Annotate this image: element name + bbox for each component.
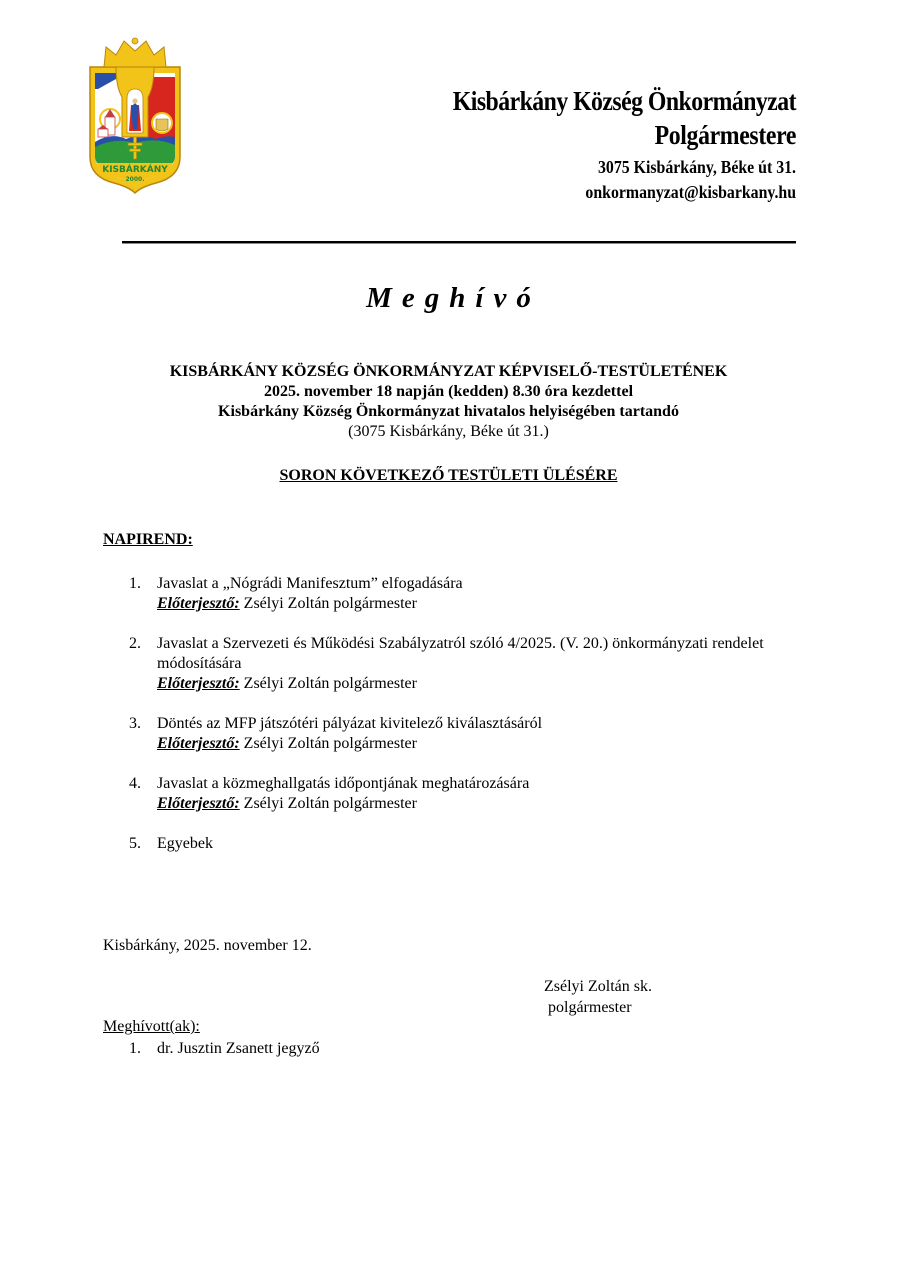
presenter-label: Előterjesztő: [157,795,240,812]
intro-line-date: 2025. november 18 napján (kedden) 8.30 ó… [0,382,897,402]
signature-block: Zsélyi Zoltán sk. polgármester [544,976,652,1018]
signatory-name: Zsélyi Zoltán sk. [544,976,652,997]
presenter-label: Előterjesztő: [157,735,240,752]
agenda-item: 4. Javaslat a közmeghallgatás időpontján… [129,774,809,814]
intro-line-address: (3075 Kisbárkány, Béke út 31.) [0,422,897,442]
agenda-item-presenter: Előterjesztő: Zsélyi Zoltán polgármester [157,734,809,754]
org-subtitle: Polgármestere [453,118,796,152]
presenter-label: Előterjesztő: [157,675,240,692]
presenter-name: Zsélyi Zoltán polgármester [240,595,417,612]
invitation-intro: KISBÁRKÁNY KÖZSÉG ÖNKORMÁNYZAT KÉPVISELŐ… [0,362,897,442]
agenda-heading: NAPIREND: [103,531,193,549]
document-title: Meghívó [0,282,897,315]
presenter-name: Zsélyi Zoltán polgármester [240,675,417,692]
agenda-item-text: Döntés az MFP játszótéri pályázat kivite… [157,714,809,734]
intro-line-venue: Kisbárkány Község Önkormányzat hivatalos… [0,402,897,422]
agenda-item: 3. Döntés az MFP játszótéri pályázat kiv… [129,714,809,754]
agenda-item: 1. Javaslat a „Nógrádi Manifesztum” elfo… [129,574,809,614]
agenda-item-presenter: Előterjesztő: Zsélyi Zoltán polgármester [157,594,809,614]
org-address: 3075 Kisbárkány, Béke út 31. [453,155,796,180]
org-name: Kisbárkány Község Önkormányzat [453,84,796,118]
presenter-name: Zsélyi Zoltán polgármester [240,735,417,752]
org-email: onkormanyzat@kisbarkany.hu [453,180,796,205]
agenda-item: 2. Javaslat a Szervezeti és Működési Sza… [129,634,809,694]
agenda-item-number: 1. [129,574,157,614]
svg-text:2000.: 2000. [126,176,145,183]
signatory-role: polgármester [544,997,652,1018]
letterhead: Kisbárkány Község Önkormányzat Polgármes… [406,84,796,205]
presenter-label: Előterjesztő: [157,595,240,612]
agenda-item-number: 5. [129,834,157,854]
agenda-item-text: Javaslat a Szervezeti és Működési Szabál… [157,634,769,674]
presenter-name: Zsélyi Zoltán polgármester [240,795,417,812]
agenda-item-text: Javaslat a közmeghallgatás időpontjának … [157,774,809,794]
agenda-item-presenter: Előterjesztő: Zsélyi Zoltán polgármester [157,674,809,694]
agenda-item-presenter: Előterjesztő: Zsélyi Zoltán polgármester [157,794,809,814]
invited-item-number: 1. [129,1040,157,1058]
agenda-item: 5. Egyebek [129,834,809,854]
coat-of-arms-icon: KISBÁRKÁNY 2000. [86,37,184,195]
agenda-item-number: 2. [129,634,157,694]
agenda-item-text: Egyebek [157,834,809,854]
invited-heading: Meghívott(ak): [103,1018,200,1036]
invited-item: 1. dr. Jusztin Zsanett jegyző [129,1040,320,1058]
intro-line-body: KISBÁRKÁNY KÖZSÉG ÖNKORMÁNYZAT KÉPVISELŐ… [0,362,897,382]
date-line: Kisbárkány, 2025. november 12. [103,937,312,955]
agenda-item-number: 3. [129,714,157,754]
agenda-item-text: Javaslat a „Nógrádi Manifesztum” elfogad… [157,574,809,594]
document-page: KISBÁRKÁNY 2000. Kisbárkány Község Önkor… [0,0,897,1274]
agenda-list: 1. Javaslat a „Nógrádi Manifesztum” elfo… [129,574,809,874]
agenda-item-number: 4. [129,774,157,814]
invited-item-text: dr. Jusztin Zsanett jegyző [157,1040,320,1058]
session-heading: SORON KÖVETKEZŐ TESTÜLETI ÜLÉSÉRE [0,467,897,485]
header-divider [122,241,796,244]
svg-text:KISBÁRKÁNY: KISBÁRKÁNY [102,163,168,175]
